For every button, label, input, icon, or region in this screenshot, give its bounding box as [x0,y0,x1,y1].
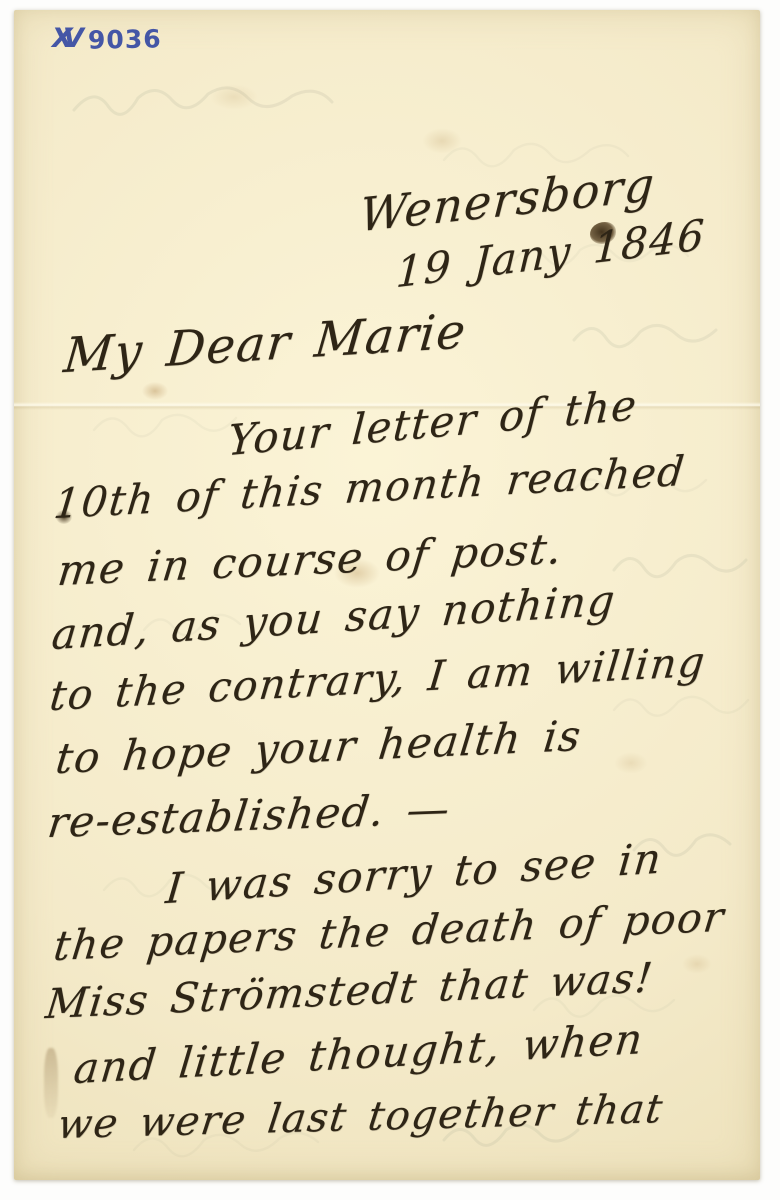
letter-scan: X V 9036 Wenersborg 19 Jany 1846 My Dear… [0,0,780,1200]
catalog-number: 9036 [88,24,162,54]
monogram-letter: V [63,22,85,56]
letter-sheet: X V 9036 Wenersborg 19 Jany 1846 My Dear… [14,10,760,1180]
collector-monogram-icon: X V [52,22,86,56]
catalog-mark: X V 9036 [52,22,162,56]
